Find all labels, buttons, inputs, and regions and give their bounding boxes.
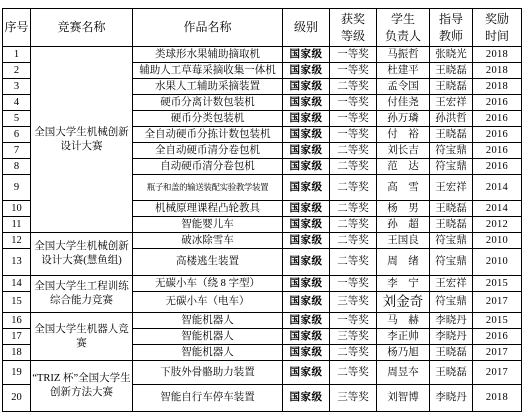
award-grade: 一等奖 (330, 313, 377, 329)
award-grade: 三等奖 (330, 292, 377, 313)
student-name: 李正帅 (377, 329, 430, 345)
level: 国家级 (283, 385, 330, 412)
award-year: 2017 (473, 345, 522, 361)
award-grade: 一等奖 (330, 47, 377, 63)
work-name: 无碳小车（电车） (133, 292, 283, 313)
teacher-name: 王宏祥 (430, 95, 473, 111)
award-grade: 二等奖 (330, 175, 377, 201)
level: 国家级 (283, 159, 330, 175)
award-year: 2016 (473, 329, 522, 345)
award-year: 2010 (473, 249, 522, 276)
award-grade: 三等奖 (330, 385, 377, 412)
teacher-name: 符宝鼎 (430, 292, 473, 313)
award-grade: 二等奖 (330, 345, 377, 361)
teacher-name: 王晓磊 (430, 63, 473, 79)
competition-name: 全国大学生机械创新设计大赛 (31, 47, 133, 233)
work-name: 全自动硬币清分卷包机 (133, 143, 283, 159)
award-grade: 一等奖 (330, 63, 377, 79)
student-name: 付 裕 (377, 127, 430, 143)
teacher-name: 王宏祥 (430, 175, 473, 201)
teacher-name: 符宝鼎 (430, 249, 473, 276)
col-header-work: 作品名称 (133, 9, 283, 47)
teacher-name: 李晓丹 (430, 313, 473, 329)
row-no: 7 (3, 143, 31, 159)
level: 国家级 (283, 233, 330, 249)
row-no: 8 (3, 159, 31, 175)
work-name: 下肢外骨骼助力装置 (133, 361, 283, 385)
award-grade: 三等奖 (330, 329, 377, 345)
col-header-level: 级别 (283, 9, 330, 47)
row-no: 15 (3, 292, 31, 313)
award-year: 2018 (473, 63, 522, 79)
student-name: 周 绪 (377, 249, 430, 276)
student-name: 孟令国 (377, 79, 430, 95)
row-no: 9 (3, 175, 31, 201)
student-name: 刘智博 (377, 385, 430, 412)
award-grade: 一等奖 (330, 276, 377, 292)
teacher-name: 王晓磊 (430, 79, 473, 95)
teacher-name: 符宝鼎 (430, 233, 473, 249)
award-grade: 二等奖 (330, 361, 377, 385)
row-no: 17 (3, 329, 31, 345)
award-year: 2018 (473, 385, 522, 412)
work-name: 全自动硬币分拣计数包装机 (133, 127, 283, 143)
teacher-name: 张晓光 (430, 47, 473, 63)
work-name: 类球形水果辅助摘取机 (133, 47, 283, 63)
table-row: 16 全国大学生机器人竞赛 智能机器人 国家级 一等奖 马 赫 李晓丹 2015 (3, 313, 522, 329)
award-year: 2018 (473, 47, 522, 63)
level: 国家级 (283, 361, 330, 385)
col-header-student: 学生 负责人 (377, 9, 430, 47)
student-name: 孙万璘 (377, 111, 430, 127)
work-name: 硬币分离计数包装机 (133, 95, 283, 111)
row-no: 12 (3, 233, 31, 249)
award-grade: 二等奖 (330, 233, 377, 249)
table-row: 14 全国大学生工程训练综合能力竞赛 无碳小车（绕 8 字型） 国家级 一等奖 … (3, 276, 522, 292)
level: 国家级 (283, 201, 330, 217)
student-name: 杜建平 (377, 63, 430, 79)
work-name: 无碳小车（绕 8 字型） (133, 276, 283, 292)
student-name: 李 宁 (377, 276, 430, 292)
student-name: 付佳尧 (377, 95, 430, 111)
student-name: 刘金奇 (377, 292, 430, 313)
award-year: 2012 (473, 217, 522, 233)
level: 国家级 (283, 95, 330, 111)
level: 国家级 (283, 217, 330, 233)
award-grade: 一等奖 (330, 127, 377, 143)
award-year: 2016 (473, 143, 522, 159)
awards-table: 序号 竞赛名称 作品名称 级别 获奖 等级 学生 负责人 指导 教师 奖励 时间… (2, 8, 522, 412)
competition-name: 全国大学生机械创新设计大赛(慧鱼组) (31, 233, 133, 276)
level: 国家级 (283, 111, 330, 127)
table-row: 1 全国大学生机械创新设计大赛 类球形水果辅助摘取机 国家级 一等奖 马振哲 张… (3, 47, 522, 63)
header-row: 序号 竞赛名称 作品名称 级别 获奖 等级 学生 负责人 指导 教师 奖励 时间 (3, 9, 522, 47)
student-name: 孙 超 (377, 217, 430, 233)
col-header-year: 奖励 时间 (473, 9, 522, 47)
award-grade: 二等奖 (330, 143, 377, 159)
award-year: 2018 (473, 79, 522, 95)
row-no: 4 (3, 95, 31, 111)
teacher-name: 王宏祥 (430, 276, 473, 292)
student-name: 周昱夲 (377, 361, 430, 385)
teacher-name: 王晓磊 (430, 201, 473, 217)
student-name: 王国良 (377, 233, 430, 249)
col-header-competition: 竞赛名称 (31, 9, 133, 47)
table-row: 19 “TRIZ 杯”全国大学生创新方法大赛 下肢外骨骼助力装置 国家级 二等奖… (3, 361, 522, 385)
document-page: 序号 竞赛名称 作品名称 级别 获奖 等级 学生 负责人 指导 教师 奖励 时间… (0, 0, 524, 412)
work-name: 自动硬币清分卷包机 (133, 159, 283, 175)
work-name: 辅助人工草莓采摘收集一体机 (133, 63, 283, 79)
competition-name: 全国大学生工程训练综合能力竞赛 (31, 276, 133, 313)
teacher-name: 王晓磊 (430, 345, 473, 361)
work-name: 水果人工辅助采摘装置 (133, 79, 283, 95)
award-year: 2016 (473, 159, 522, 175)
work-name: 智能机器人 (133, 329, 283, 345)
row-no: 5 (3, 111, 31, 127)
award-grade: 一等奖 (330, 111, 377, 127)
level: 国家级 (283, 329, 330, 345)
work-name: 硬币分类包装机 (133, 111, 283, 127)
row-no: 10 (3, 201, 31, 217)
level: 国家级 (283, 292, 330, 313)
student-name: 马振哲 (377, 47, 430, 63)
work-name: 破冰除雪车 (133, 233, 283, 249)
work-name: 智能自行车停车装置 (133, 385, 283, 412)
row-no: 14 (3, 276, 31, 292)
student-name: 范 达 (377, 159, 430, 175)
work-name: 瓶子和盖的输送装配实验教学装置 (133, 175, 283, 201)
work-name: 智能机器人 (133, 345, 283, 361)
teacher-name: 符宝鼎 (430, 143, 473, 159)
student-name: 杨乃旭 (377, 345, 430, 361)
award-year: 2016 (473, 127, 522, 143)
level: 国家级 (283, 249, 330, 276)
student-name: 马 赫 (377, 313, 430, 329)
award-year: 2017 (473, 292, 522, 313)
level: 国家级 (283, 79, 330, 95)
teacher-name: 李晓丹 (430, 329, 473, 345)
work-name: 智能机器人 (133, 313, 283, 329)
award-year: 2014 (473, 175, 522, 201)
work-name: 高楼逃生装置 (133, 249, 283, 276)
award-grade: 二等奖 (330, 79, 377, 95)
teacher-name: 王晓磊 (430, 361, 473, 385)
level: 国家级 (283, 127, 330, 143)
award-year: 2017 (473, 361, 522, 385)
award-year: 2014 (473, 201, 522, 217)
teacher-name: 王晓磊 (430, 217, 473, 233)
student-name: 高 雪 (377, 175, 430, 201)
row-no: 19 (3, 361, 31, 385)
level: 国家级 (283, 47, 330, 63)
award-year: 2016 (473, 95, 522, 111)
col-header-award: 获奖 等级 (330, 9, 377, 47)
level: 国家级 (283, 276, 330, 292)
row-no: 6 (3, 127, 31, 143)
row-no: 20 (3, 385, 31, 412)
competition-name: “TRIZ 杯”全国大学生创新方法大赛 (31, 361, 133, 412)
teacher-name: 孙洪哲 (430, 111, 473, 127)
award-year: 2016 (473, 111, 522, 127)
table-row: 12 全国大学生机械创新设计大赛(慧鱼组) 破冰除雪车 国家级 二等奖 王国良 … (3, 233, 522, 249)
award-grade: 二等奖 (330, 249, 377, 276)
row-no: 13 (3, 249, 31, 276)
teacher-name: 李晓丹 (430, 385, 473, 412)
level: 国家级 (283, 63, 330, 79)
teacher-name: 符宝鼎 (430, 159, 473, 175)
level: 国家级 (283, 345, 330, 361)
row-no: 18 (3, 345, 31, 361)
work-name: 智能婴儿车 (133, 217, 283, 233)
student-name: 刘长吉 (377, 143, 430, 159)
level: 国家级 (283, 313, 330, 329)
row-no: 2 (3, 63, 31, 79)
row-no: 1 (3, 47, 31, 63)
col-header-no: 序号 (3, 9, 31, 47)
competition-name: 全国大学生机器人竞赛 (31, 313, 133, 361)
award-grade: 二等奖 (330, 217, 377, 233)
award-year: 2015 (473, 313, 522, 329)
level: 国家级 (283, 175, 330, 201)
student-name: 杨 男 (377, 201, 430, 217)
level: 国家级 (283, 143, 330, 159)
award-grade: 一等奖 (330, 95, 377, 111)
row-no: 3 (3, 79, 31, 95)
row-no: 11 (3, 217, 31, 233)
col-header-teacher: 指导 教师 (430, 9, 473, 47)
teacher-name: 王晓磊 (430, 127, 473, 143)
award-grade: 二等奖 (330, 201, 377, 217)
award-year: 2010 (473, 233, 522, 249)
row-no: 16 (3, 313, 31, 329)
award-grade: 二等奖 (330, 159, 377, 175)
award-year: 2015 (473, 276, 522, 292)
work-name: 机械原理课程凸轮教具 (133, 201, 283, 217)
